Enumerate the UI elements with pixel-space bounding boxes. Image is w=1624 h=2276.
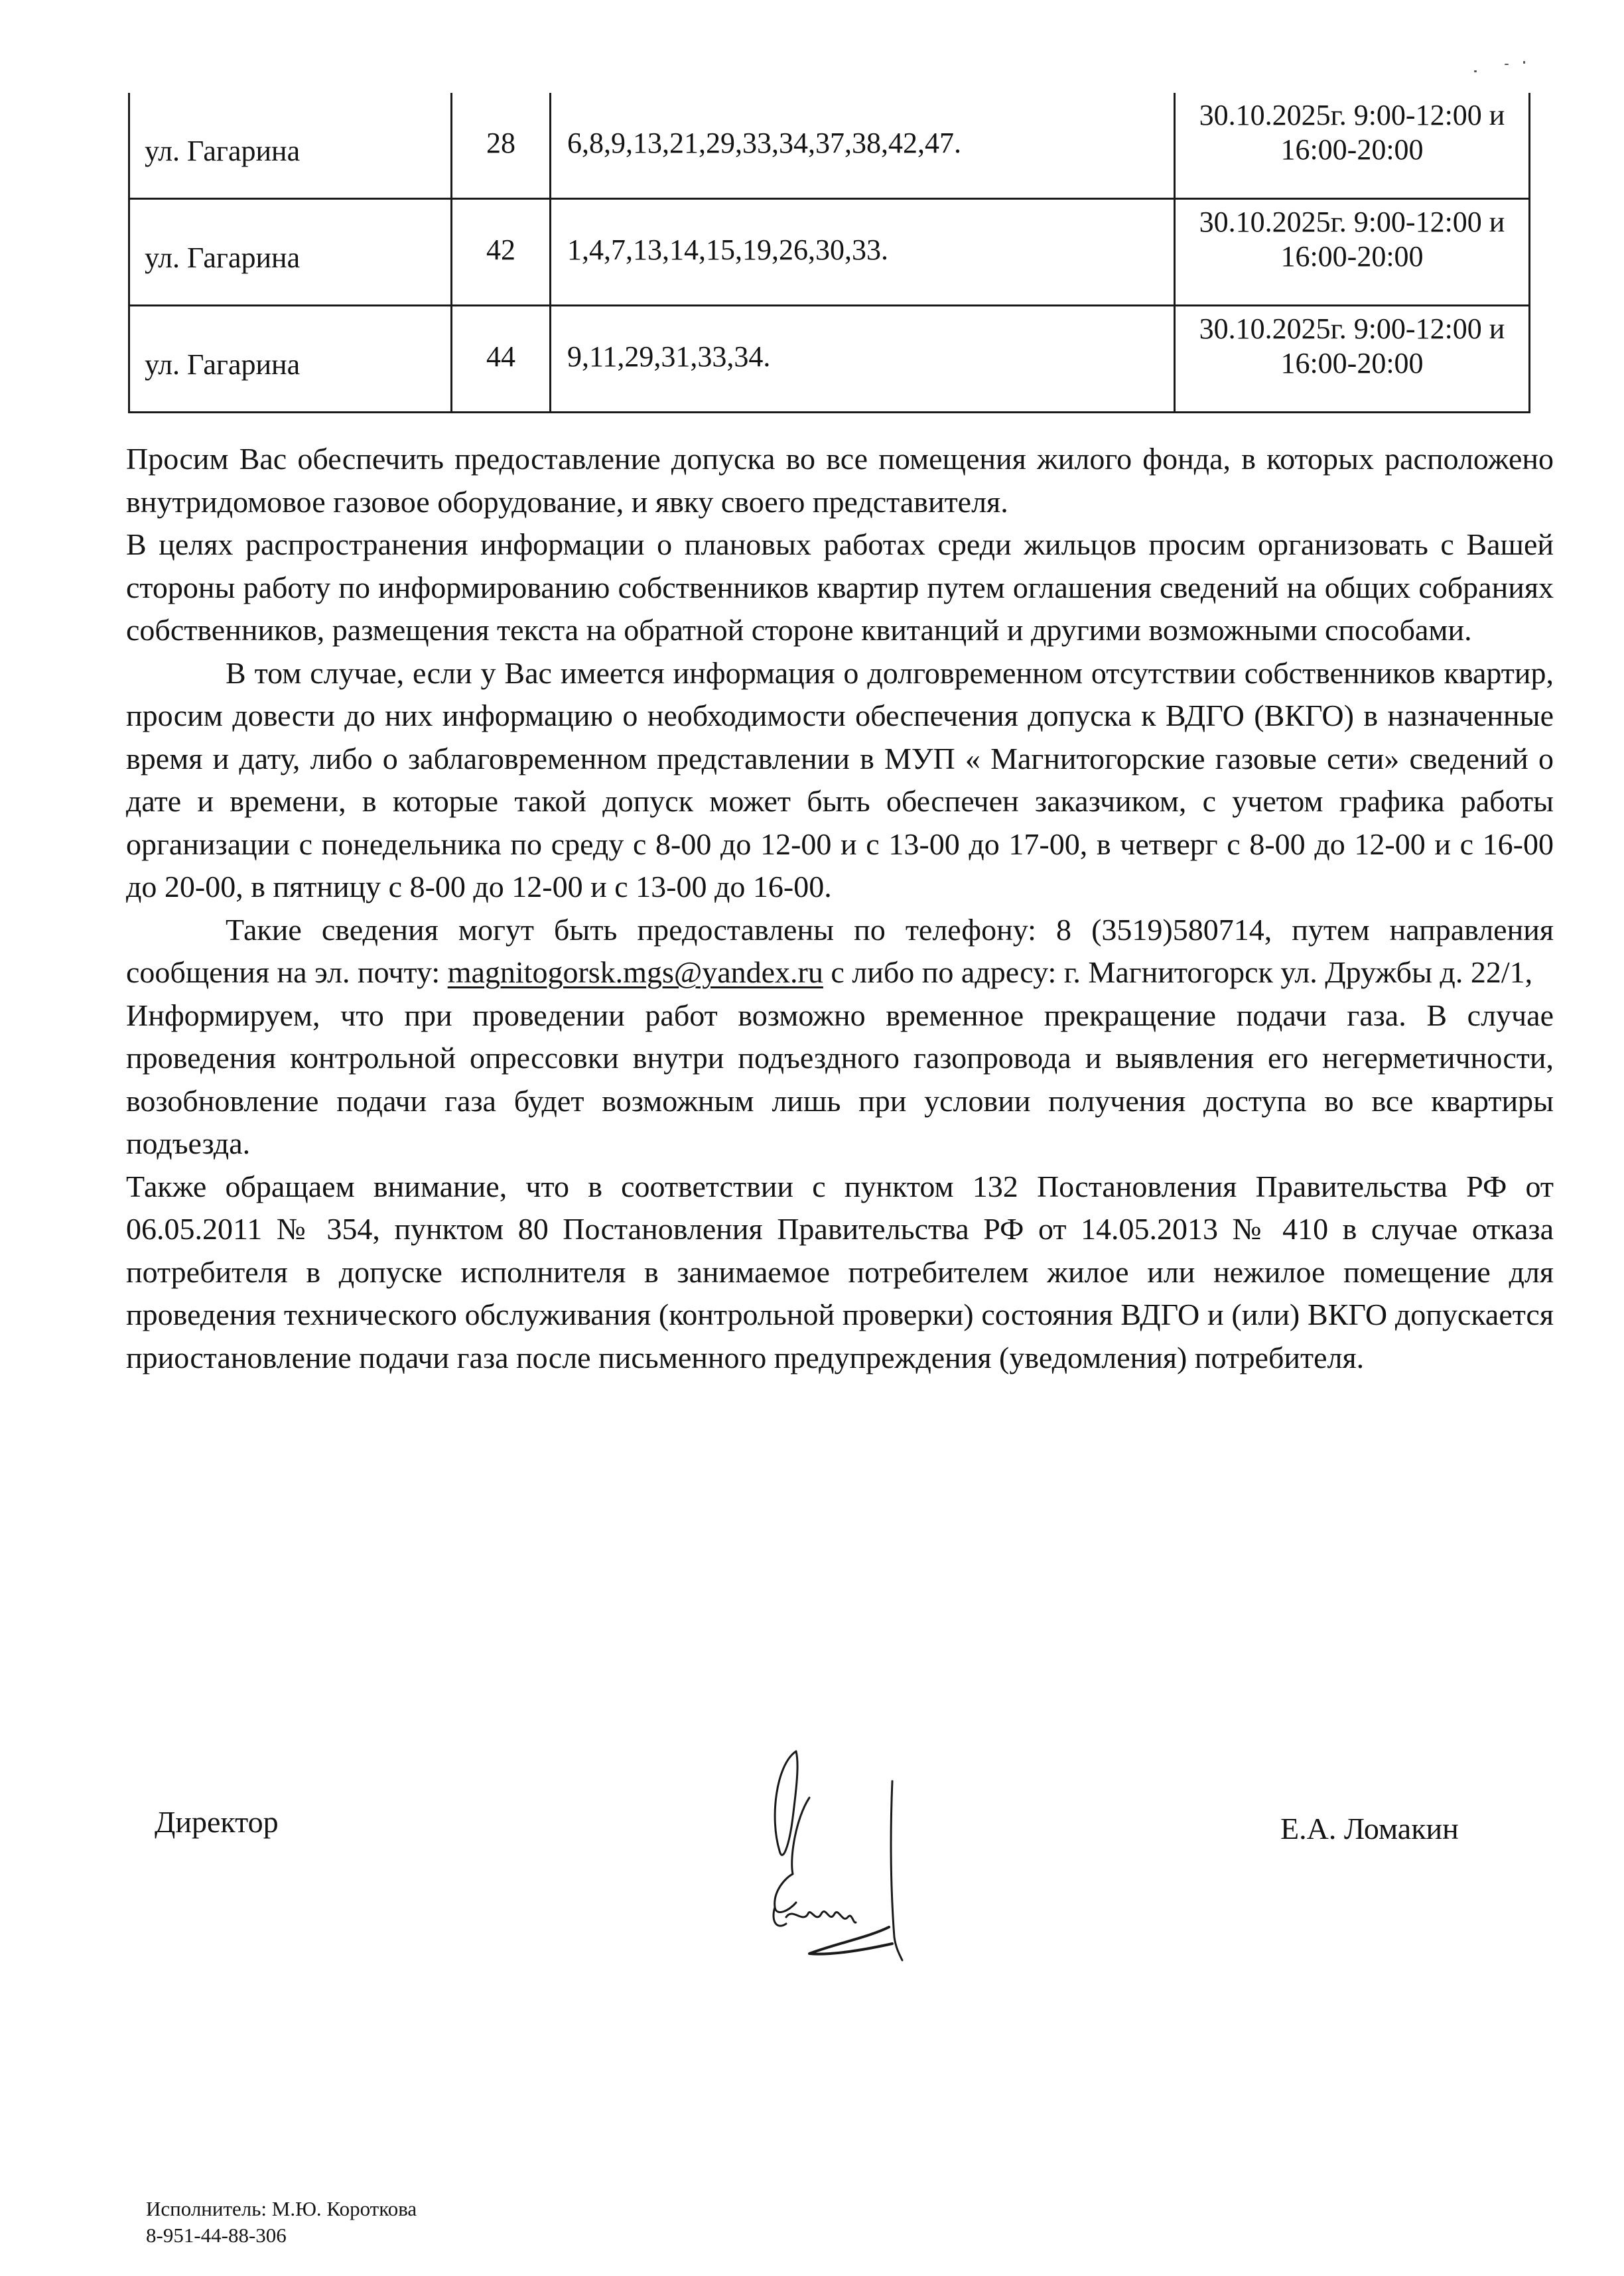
street-cell: ул. Гагарина [129, 306, 452, 413]
house-number-cell: 28 [452, 93, 551, 199]
paragraph-access-request: Просим Вас обеспечить предоставление доп… [126, 438, 1554, 523]
document-page: ул. Гагарина 28 6,8,9,13,21,29,33,34,37,… [0, 0, 1624, 2276]
paragraph-legal-notice: Также обращаем внимание, что в соответст… [126, 1166, 1554, 1380]
apartments-cell: 1,4,7,13,14,15,19,26,30,33. [551, 199, 1175, 306]
street-cell: ул. Гагарина [129, 199, 452, 306]
date-time-cell: 30.10.2025г. 9:00-12:00 и 16:00-20:00 [1175, 93, 1530, 199]
date-time-line1: 30.10.2025г. 9:00-12:00 и [1176, 312, 1528, 346]
house-number-cell: 44 [452, 306, 551, 413]
apartments-cell: 9,11,29,31,33,34. [551, 306, 1175, 413]
contacts-text-after: с либо по адресу: г. Магнитогорск ул. Др… [823, 955, 1532, 989]
signatory-name: Е.А. Ломакин [1280, 1811, 1459, 1846]
executor-phone: 8-951-44-88-306 [146, 2222, 417, 2249]
table-row: ул. Гагарина 28 6,8,9,13,21,29,33,34,37,… [129, 93, 1530, 199]
paragraph-absent-owners: В том случае, если у Вас имеется информа… [126, 652, 1554, 909]
apartments-cell: 6,8,9,13,21,29,33,34,37,38,42,47. [551, 93, 1175, 199]
handwritten-signature-icon [697, 1725, 935, 1964]
executor-info: Исполнитель: М.Ю. Короткова 8-951-44-88-… [146, 2196, 417, 2249]
date-time-line2: 16:00-20:00 [1176, 346, 1528, 381]
paragraph-contacts: Такие сведения могут быть предоставлены … [126, 909, 1554, 994]
scan-speck [1505, 64, 1509, 65]
email-link[interactable]: magnitogorsk.mgs@yandex.ru [448, 955, 823, 989]
street-cell: ул. Гагарина [129, 93, 452, 199]
date-time-line1: 30.10.2025г. 9:00-12:00 и [1176, 98, 1528, 133]
letter-body: Просим Вас обеспечить предоставление доп… [126, 438, 1554, 1379]
house-number-cell: 42 [452, 199, 551, 306]
schedule-table: ул. Гагарина 28 6,8,9,13,21,29,33,34,37,… [128, 93, 1530, 413]
date-time-line2: 16:00-20:00 [1176, 239, 1528, 274]
date-time-cell: 30.10.2025г. 9:00-12:00 и 16:00-20:00 [1175, 199, 1530, 306]
paragraph-inform-residents: В целях распространения информации о пла… [126, 523, 1554, 652]
scan-speck [1523, 61, 1525, 64]
executor-name: Исполнитель: М.Ю. Короткова [146, 2196, 417, 2222]
table-row: ул. Гагарина 42 1,4,7,13,14,15,19,26,30,… [129, 199, 1530, 306]
date-time-cell: 30.10.2025г. 9:00-12:00 и 16:00-20:00 [1175, 306, 1530, 413]
date-time-line1: 30.10.2025г. 9:00-12:00 и [1176, 205, 1528, 239]
table-row: ул. Гагарина 44 9,11,29,31,33,34. 30.10.… [129, 306, 1530, 413]
date-time-line2: 16:00-20:00 [1176, 133, 1528, 167]
paragraph-gas-interruption: Информируем, что при проведении работ во… [126, 994, 1554, 1166]
scan-speck [1474, 70, 1477, 72]
signatory-title: Директор [155, 1804, 279, 1840]
